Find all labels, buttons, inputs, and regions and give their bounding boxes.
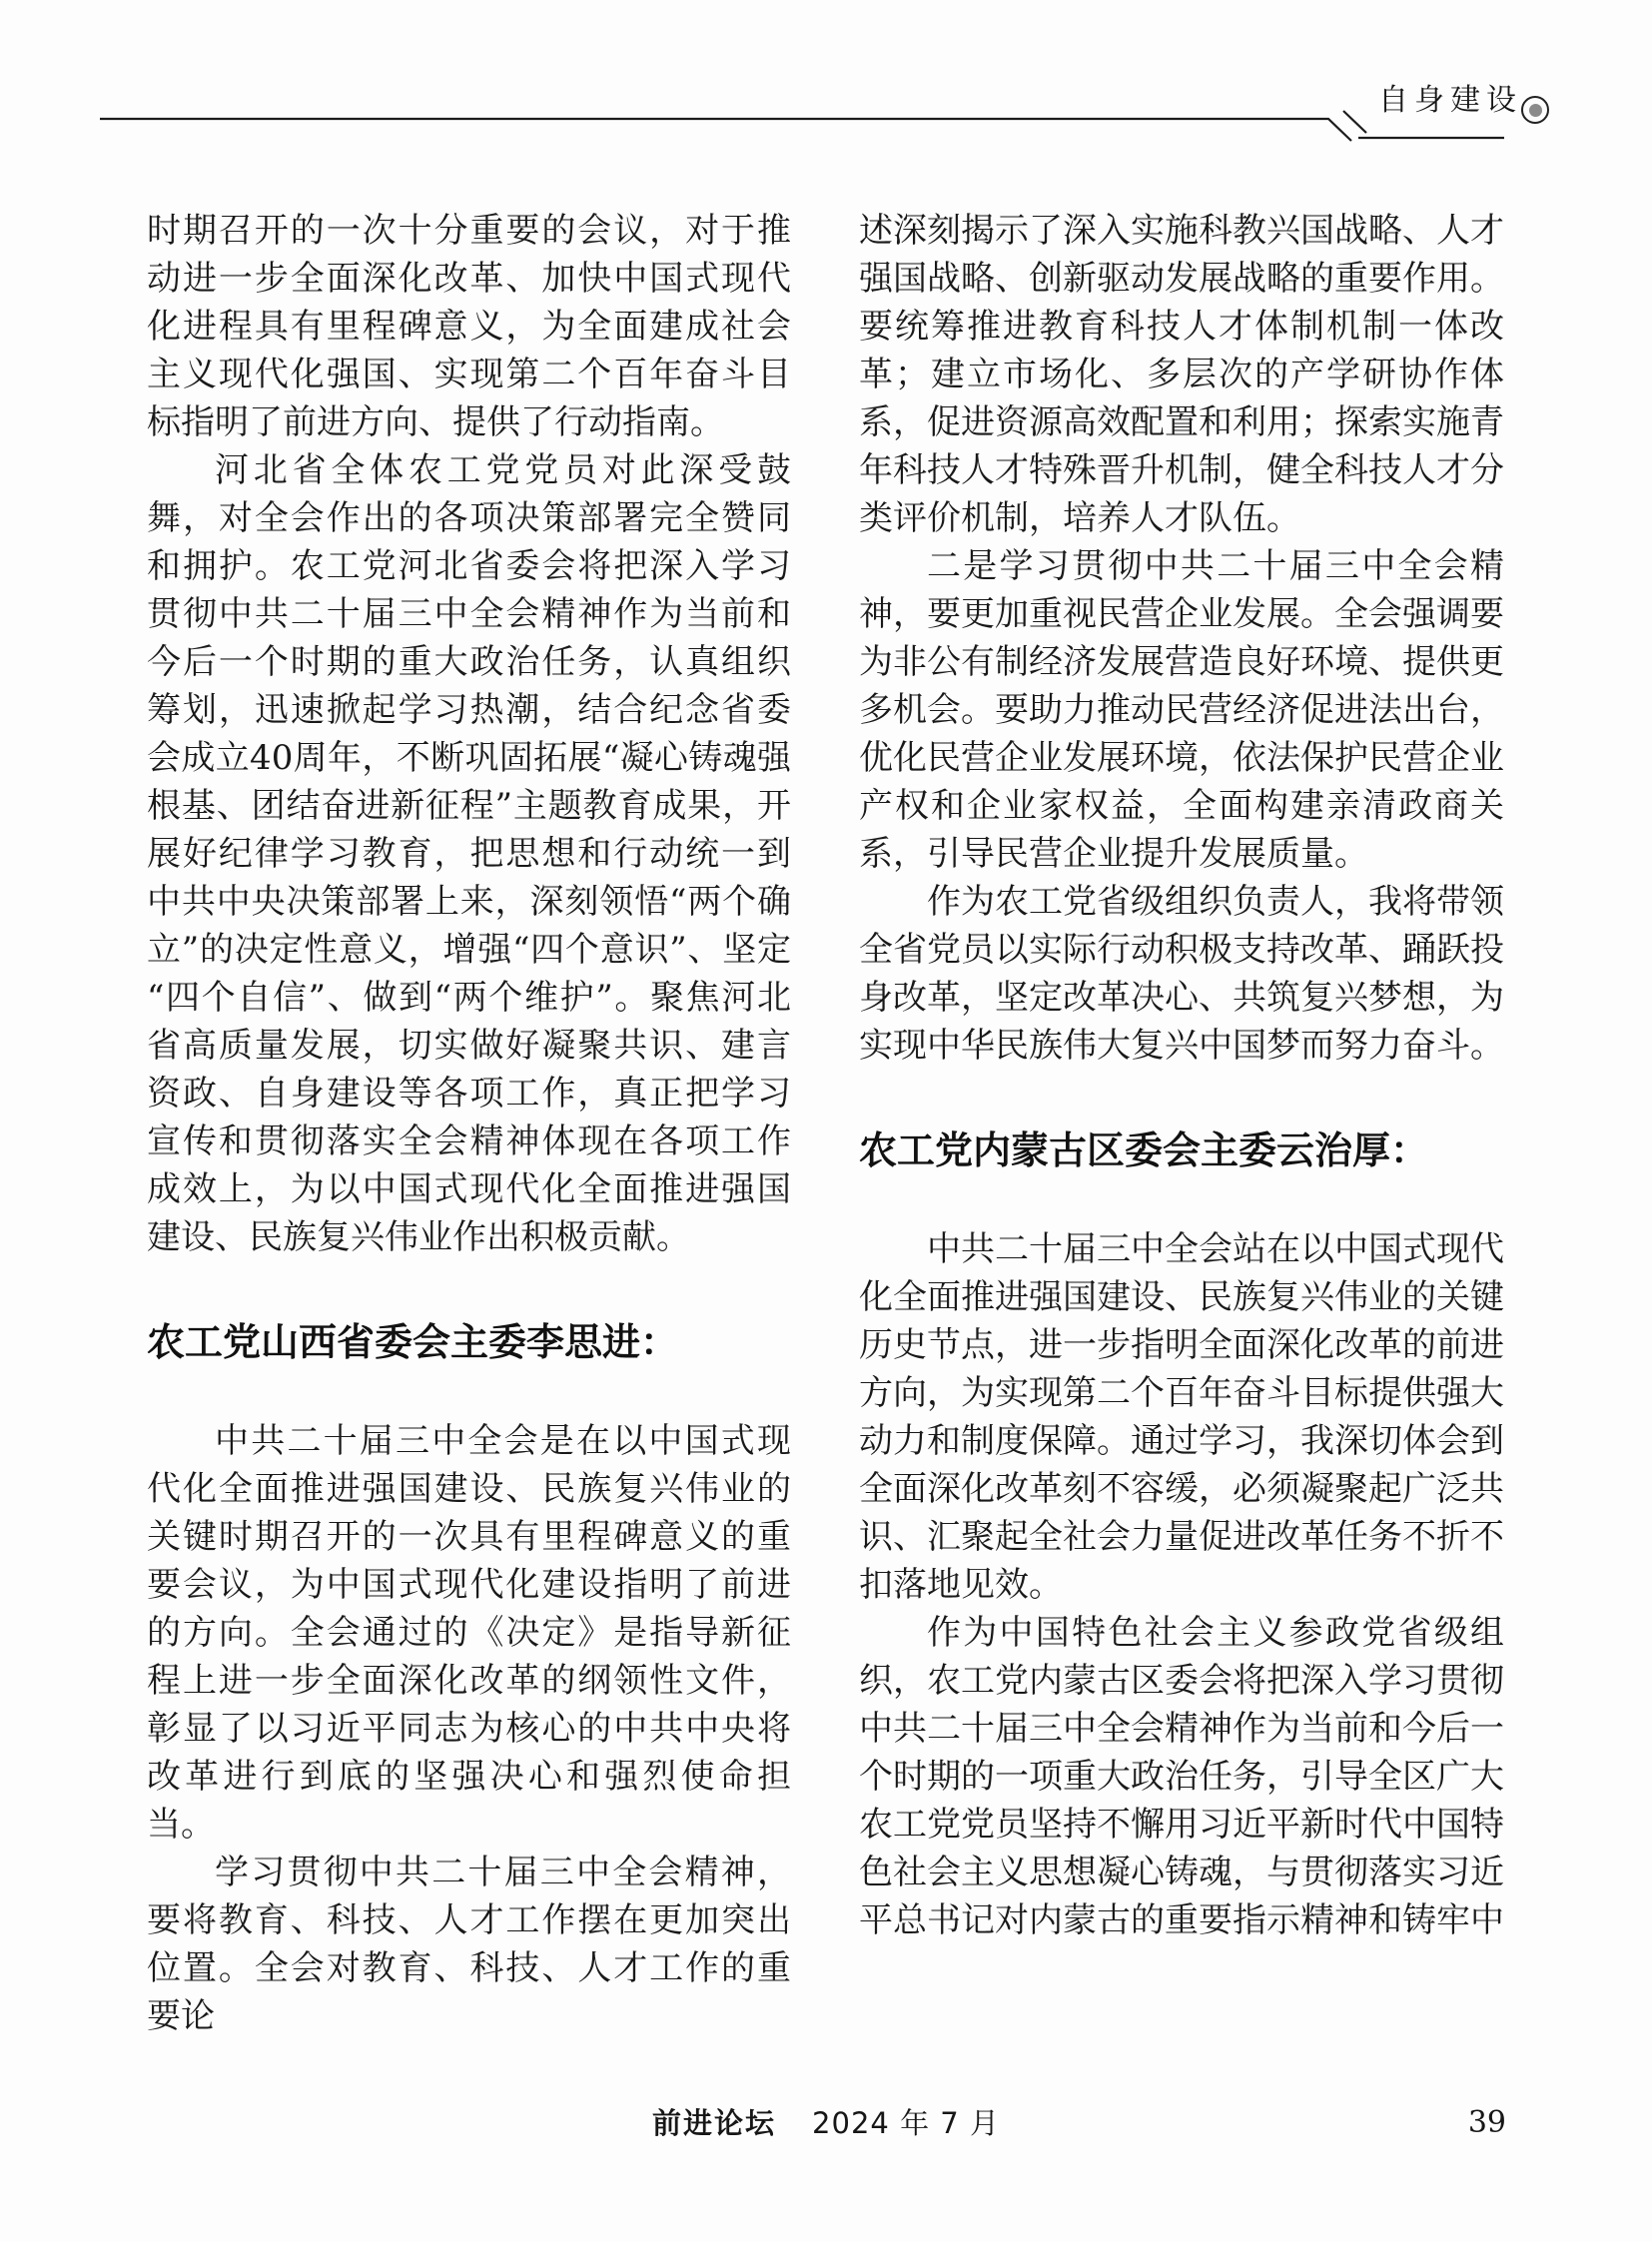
paragraph: 河北省全体农工党党员对此深受鼓舞，对全会作出的各项决策部署完全赞同和拥护。农工党… [147,446,791,1261]
paragraph: 作为中国特色社会主义参政党省级组织，农工党内蒙古区委会将把深入学习贯彻中共二十届… [859,1609,1504,1944]
paragraph: 时期召开的一次十分重要的会议，对于推动进一步全面深化改革、加快中国式现代化进程具… [147,207,791,446]
column-left: 时期召开的一次十分重要的会议，对于推动进一步全面深化改革、加快中国式现代化进程具… [147,207,791,2040]
bullseye-dot [1529,104,1542,117]
column-right: 述深刻揭示了深入实施科教兴国战略、人才强国战略、创新驱动发展战略的重要作用。要统… [859,207,1504,1944]
section-label: 自身建设 [1378,84,1522,118]
footer: 前进论坛2024 年 7 月 39 [0,2103,1652,2151]
paragraph: 中共二十届三中全会是在以中国式现代化全面推进强国建设、民族复兴伟业的关键时期召开… [147,1417,791,1849]
section-heading-lisijin: 农工党山西省委会主委李思进： [147,1317,791,1367]
paragraph: 学习贯彻中共二十届三中全会精神，要将教育、科技、人才工作摆在更加突出位置。全会对… [147,1849,791,2040]
paragraph: 述深刻揭示了深入实施科教兴国战略、人才强国战略、创新驱动发展战略的重要作用。要统… [859,207,1504,542]
magazine-page: 自身建设 时期召开的一次十分重要的会议，对于推动进一步全面深化改革、加快中国式现… [0,0,1652,2242]
bullseye-icon [1521,96,1549,124]
paragraph: 二是学习贯彻中共二十届三中全会精神，要更加重视民营企业发展。全会强调要为非公有制… [859,542,1504,878]
section-heading-yunzhihou: 农工党内蒙古区委会主委云治厚： [859,1125,1504,1175]
paragraph: 中共二十届三中全会站在以中国式现代化全面推进强国建设、民族复兴伟业的关键历史节点… [859,1225,1504,1609]
issue-date: 2024 年 7 月 [812,2106,1000,2140]
paragraph: 作为农工党省级组织负责人，我将带领全省党员以实际行动积极支持改革、踊跃投身改革，… [859,878,1504,1070]
journal-name: 前进论坛 [652,2106,776,2140]
page-number: 39 [1468,2105,1506,2141]
footer-center: 前进论坛2024 年 7 月 [0,2103,1652,2143]
